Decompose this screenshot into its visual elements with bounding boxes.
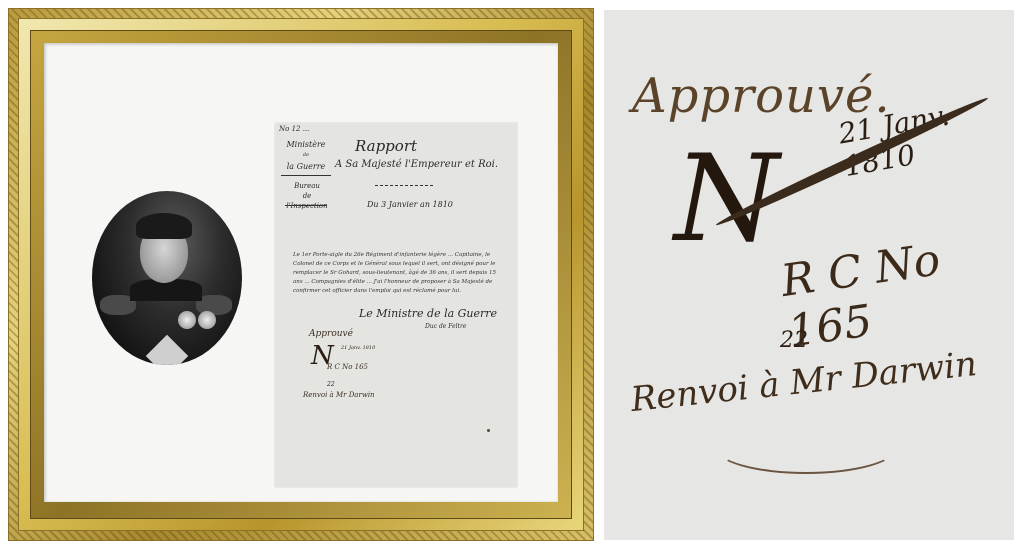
bureau-line: Bureau [281, 181, 333, 191]
framed-display: No 12 ... Ministère de la Guerre Bureau … [0, 0, 600, 549]
doc-ref: No 12 ... [279, 125, 309, 133]
ink-spot [487, 429, 490, 432]
closeup-registration: R C No 165 [778, 224, 1014, 357]
matte: No 12 ... Ministère de la Guerre Bureau … [44, 43, 558, 502]
closeup-22: 22 [780, 328, 808, 353]
napoleon-portrait [92, 191, 242, 365]
closeup-annotation: Approuvé. 21 Janv. 1810 N R C No 165 22 … [604, 10, 1014, 540]
medal [178, 311, 196, 329]
portrait-hair [136, 213, 192, 239]
divider [285, 205, 327, 206]
dashed-divider [375, 185, 435, 186]
doc-subtitle: A Sa Majesté l'Empereur et Roi. [335, 159, 498, 170]
ministry-line: de [283, 150, 329, 161]
registration-number: R C No 165 [327, 363, 368, 371]
minister-signature: Le Ministre de la Guerre [359, 307, 497, 320]
medal [198, 311, 216, 329]
report-document: No 12 ... Ministère de la Guerre Bureau … [275, 123, 517, 487]
closeup-flourish [714, 420, 898, 474]
divider [281, 175, 331, 176]
annotation-22: 22 [327, 381, 335, 388]
bureau-line: de l'Inspection [281, 191, 333, 211]
ministry-line: Ministère [283, 139, 329, 150]
doc-body: Le 1er Porte-aigle du 26e Régiment d'inf… [293, 251, 507, 296]
doc-title: Rapport [355, 137, 417, 155]
doc-date: Du 3 Janvier an 1810 [367, 200, 453, 209]
approuve-annotation: Approuvé [309, 329, 353, 339]
bureau-heading: Bureau de l'Inspection [281, 181, 333, 211]
renvoi-annotation: Renvoi à Mr Darwin [303, 391, 375, 399]
gilt-frame: No 12 ... Ministère de la Guerre Bureau … [8, 8, 594, 541]
annotation-date: 21 Janv. 1810 [341, 345, 375, 351]
white-vest [146, 335, 188, 365]
minister-name: Duc de Feltre [425, 323, 466, 330]
ministry-line: la Guerre [283, 161, 329, 172]
ministry-heading: Ministère de la Guerre [283, 139, 329, 172]
